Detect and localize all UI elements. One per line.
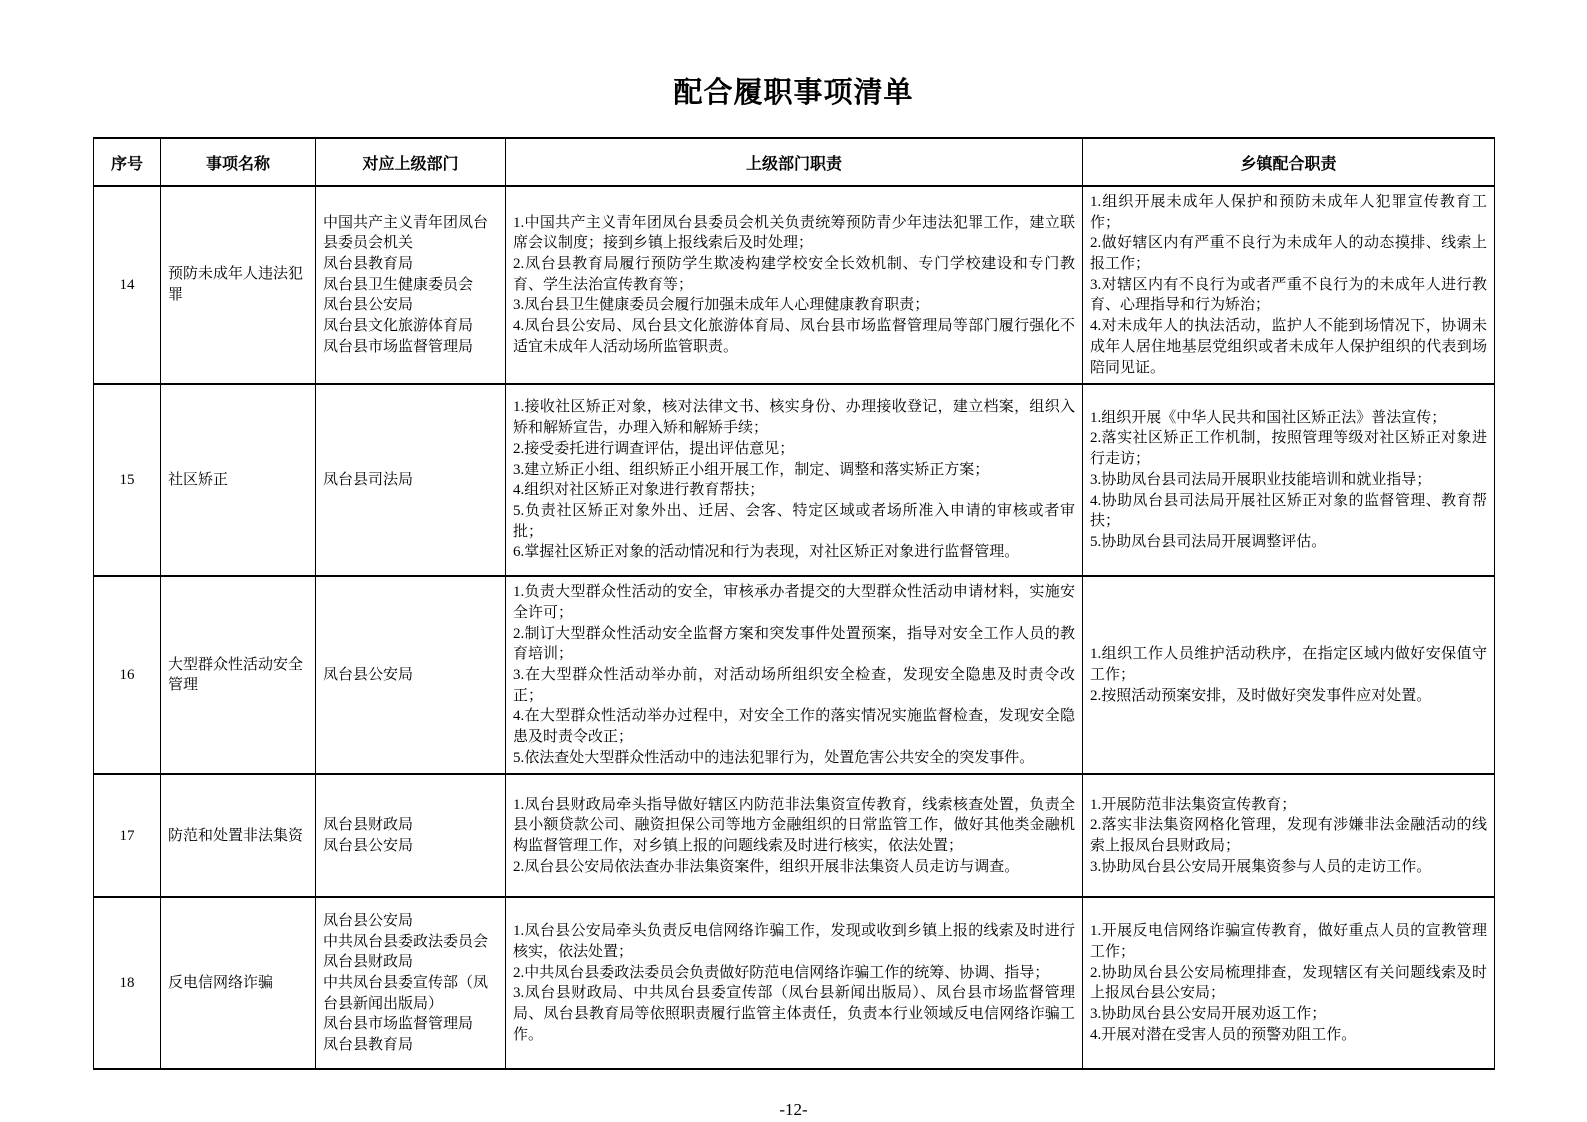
cell-township-duties: 1.开展反电信网络诈骗宣传教育，做好重点人员的宣教管理工作；2.协助凤台县公安局… (1083, 897, 1495, 1069)
superior-duty-line: 3.建立矫正小组、组织矫正小组开展工作，制定、调整和落实矫正方案； (513, 460, 1075, 481)
superior-duty-line: 1.凤台县公安局牵头负责反电信网络诈骗工作，发现或收到乡镇上报的线索及时进行核实… (513, 921, 1075, 962)
cell-superior-duties: 1.负责大型群众性活动的安全，审核承办者提交的大型群众性活动申请材料，实施安全许… (506, 576, 1083, 774)
township-duty-line: 2.按照活动预案安排，及时做好突发事件应对处置。 (1090, 686, 1487, 707)
township-duty-line: 1.开展防范非法集资宣传教育； (1090, 795, 1487, 816)
superior-duty-line: 6.掌握社区矫正对象的活动情况和行为表现，对社区矫正对象进行监督管理。 (513, 542, 1075, 563)
township-duty-line: 4.开展对潜在受害人员的预警劝阻工作。 (1090, 1025, 1487, 1046)
cell-serial-number: 15 (94, 384, 161, 576)
page-number: -12- (93, 1100, 1494, 1120)
department-line: 中国共产主义青年团凤台县委员会机关 (323, 213, 498, 254)
cell-superior-departments: 凤台县司法局 (316, 384, 506, 576)
cell-superior-departments: 中国共产主义青年团凤台县委员会机关凤台县教育局凤台县卫生健康委员会凤台县公安局凤… (316, 186, 506, 384)
department-line: 凤台县市场监督管理局 (323, 337, 498, 358)
township-duty-line: 5.协助凤台县司法局开展调整评估。 (1090, 532, 1487, 553)
superior-duty-line: 3.凤台县卫生健康委员会履行加强未成年人心理健康教育职责； (513, 295, 1075, 316)
cell-township-duties: 1.组织工作人员维护活动秩序，在指定区域内做好安保值守工作；2.按照活动预案安排… (1083, 576, 1495, 774)
superior-duty-line: 4.组织对社区矫正对象进行教育帮扶； (513, 480, 1075, 501)
table-header-row: 序号 事项名称 对应上级部门 上级部门职责 乡镇配合职责 (94, 138, 1495, 186)
superior-duty-line: 2.制订大型群众性活动安全监督方案和突发事件处置预案，指导对安全工作人员的教育培… (513, 624, 1075, 665)
duty-table: 序号 事项名称 对应上级部门 上级部门职责 乡镇配合职责 14预防未成年人违法犯… (93, 137, 1495, 1070)
header-superior-department: 对应上级部门 (316, 138, 506, 186)
header-township-duties: 乡镇配合职责 (1083, 138, 1495, 186)
township-duty-line: 3.协助凤台县公安局开展劝返工作； (1090, 1004, 1487, 1025)
department-line: 凤台县司法局 (323, 470, 498, 491)
township-duty-line: 2.做好辖区内有严重不良行为未成年人的动态摸排、线索上报工作； (1090, 233, 1487, 274)
table-row: 17防范和处置非法集资凤台县财政局凤台县公安局1.凤台县财政局牵头指导做好辖区内… (94, 774, 1495, 897)
table-row: 16大型群众性活动安全管理凤台县公安局1.负责大型群众性活动的安全，审核承办者提… (94, 576, 1495, 774)
duty-table-body: 14预防未成年人违法犯罪中国共产主义青年团凤台县委员会机关凤台县教育局凤台县卫生… (94, 186, 1495, 1069)
cell-superior-duties: 1.凤台县公安局牵头负责反电信网络诈骗工作，发现或收到乡镇上报的线索及时进行核实… (506, 897, 1083, 1069)
superior-duty-line: 3.在大型群众性活动举办前，对活动场所组织安全检查，发现安全隐患及时责令改正； (513, 665, 1075, 706)
document-page: 配合履职事项清单 序号 事项名称 对应上级部门 上级部门职责 乡镇配合职责 14… (0, 0, 1587, 1122)
table-row: 18反电信网络诈骗凤台县公安局中共凤台县委政法委员会凤台县财政局中共凤台县委宣传… (94, 897, 1495, 1069)
superior-duty-line: 1.中国共产主义青年团凤台县委员会机关负责统筹预防青少年违法犯罪工作，建立联席会… (513, 213, 1075, 254)
cell-item-name: 反电信网络诈骗 (161, 897, 316, 1069)
department-line: 凤台县公安局 (323, 911, 498, 932)
department-line: 凤台县公安局 (323, 665, 498, 686)
cell-township-duties: 1.组织开展《中华人民共和国社区矫正法》普法宣传；2.落实社区矫正工作机制，按照… (1083, 384, 1495, 576)
cell-superior-duties: 1.接收社区矫正对象，核对法律文书、核实身份、办理接收登记，建立档案，组织入矫和… (506, 384, 1083, 576)
township-duty-line: 3.协助凤台县公安局开展集资参与人员的走访工作。 (1090, 857, 1487, 878)
township-duty-line: 1.组织工作人员维护活动秩序，在指定区域内做好安保值守工作； (1090, 644, 1487, 685)
cell-superior-departments: 凤台县财政局凤台县公安局 (316, 774, 506, 897)
superior-duty-line: 1.负责大型群众性活动的安全，审核承办者提交的大型群众性活动申请材料，实施安全许… (513, 582, 1075, 623)
department-line: 凤台县公安局 (323, 836, 498, 857)
department-line: 凤台县文化旅游体育局 (323, 316, 498, 337)
township-duty-line: 3.协助凤台县司法局开展职业技能培训和就业指导； (1090, 470, 1487, 491)
township-duty-line: 2.落实社区矫正工作机制，按照管理等级对社区矫正对象进行走访； (1090, 428, 1487, 469)
superior-duty-line: 2.接受委托进行调查评估，提出评估意见； (513, 439, 1075, 460)
township-duty-line: 1.组织开展《中华人民共和国社区矫正法》普法宣传； (1090, 408, 1487, 429)
township-duty-line: 4.对未成年人的执法活动，监护人不能到场情况下，协调未成年人居住地基层党组织或者… (1090, 316, 1487, 378)
township-duty-line: 1.开展反电信网络诈骗宣传教育，做好重点人员的宣教管理工作； (1090, 921, 1487, 962)
cell-item-name: 大型群众性活动安全管理 (161, 576, 316, 774)
superior-duty-line: 5.负责社区矫正对象外出、迁居、会客、特定区域或者场所准入申请的审核或者审批； (513, 501, 1075, 542)
cell-item-name: 预防未成年人违法犯罪 (161, 186, 316, 384)
cell-serial-number: 14 (94, 186, 161, 384)
township-duty-line: 1.组织开展未成年人保护和预防未成年人犯罪宣传教育工作； (1090, 192, 1487, 233)
header-item-name: 事项名称 (161, 138, 316, 186)
cell-superior-duties: 1.中国共产主义青年团凤台县委员会机关负责统筹预防青少年违法犯罪工作，建立联席会… (506, 186, 1083, 384)
department-line: 中共凤台县委宣传部（凤台县新闻出版局） (323, 973, 498, 1014)
superior-duty-line: 2.凤台县公安局依法查办非法集资案件，组织开展非法集资人员走访与调查。 (513, 857, 1075, 878)
department-line: 凤台县财政局 (323, 952, 498, 973)
township-duty-line: 2.协助凤台县公安局梳理排查，发现辖区有关问题线索及时上报凤台县公安局； (1090, 963, 1487, 1004)
header-superior-duties: 上级部门职责 (506, 138, 1083, 186)
cell-superior-departments: 凤台县公安局中共凤台县委政法委员会凤台县财政局中共凤台县委宣传部（凤台县新闻出版… (316, 897, 506, 1069)
department-line: 凤台县卫生健康委员会 (323, 275, 498, 296)
cell-township-duties: 1.组织开展未成年人保护和预防未成年人犯罪宣传教育工作；2.做好辖区内有严重不良… (1083, 186, 1495, 384)
cell-superior-duties: 1.凤台县财政局牵头指导做好辖区内防范非法集资宣传教育，线索核查处置，负责全县小… (506, 774, 1083, 897)
cell-township-duties: 1.开展防范非法集资宣传教育；2.落实非法集资网格化管理，发现有涉嫌非法金融活动… (1083, 774, 1495, 897)
department-line: 凤台县教育局 (323, 1035, 498, 1056)
department-line: 凤台县市场监督管理局 (323, 1014, 498, 1035)
department-line: 凤台县公安局 (323, 295, 498, 316)
table-row: 14预防未成年人违法犯罪中国共产主义青年团凤台县委员会机关凤台县教育局凤台县卫生… (94, 186, 1495, 384)
superior-duty-line: 5.依法查处大型群众性活动中的违法犯罪行为，处置危害公共安全的突发事件。 (513, 748, 1075, 769)
township-duty-line: 4.协助凤台县司法局开展社区矫正对象的监督管理、教育帮扶； (1090, 491, 1487, 532)
cell-serial-number: 17 (94, 774, 161, 897)
page-title: 配合履职事项清单 (93, 70, 1494, 111)
superior-duty-line: 4.凤台县公安局、凤台县文化旅游体育局、凤台县市场监督管理局等部门履行强化不适宜… (513, 316, 1075, 357)
superior-duty-line: 3.凤台县财政局、中共凤台县委宣传部（凤台县新闻出版局）、凤台县市场监督管理局、… (513, 983, 1075, 1045)
township-duty-line: 2.落实非法集资网格化管理，发现有涉嫌非法金融活动的线索上报凤台县财政局； (1090, 815, 1487, 856)
cell-item-name: 社区矫正 (161, 384, 316, 576)
cell-serial-number: 18 (94, 897, 161, 1069)
superior-duty-line: 2.中共凤台县委政法委员会负责做好防范电信网络诈骗工作的统筹、协调、指导； (513, 963, 1075, 984)
table-row: 15社区矫正凤台县司法局1.接收社区矫正对象，核对法律文书、核实身份、办理接收登… (94, 384, 1495, 576)
superior-duty-line: 1.凤台县财政局牵头指导做好辖区内防范非法集资宣传教育，线索核查处置，负责全县小… (513, 795, 1075, 857)
header-serial-number: 序号 (94, 138, 161, 186)
township-duty-line: 3.对辖区内有不良行为或者严重不良行为的未成年人进行教育、心理指导和行为矫治； (1090, 275, 1487, 316)
cell-item-name: 防范和处置非法集资 (161, 774, 316, 897)
superior-duty-line: 2.凤台县教育局履行预防学生欺凌构建学校安全长效机制、专门学校建设和专门教育、学… (513, 254, 1075, 295)
department-line: 中共凤台县委政法委员会 (323, 932, 498, 953)
department-line: 凤台县教育局 (323, 254, 498, 275)
superior-duty-line: 4.在大型群众性活动举办过程中，对安全工作的落实情况实施监督检查，发现安全隐患及… (513, 706, 1075, 747)
superior-duty-line: 1.接收社区矫正对象，核对法律文书、核实身份、办理接收登记，建立档案，组织入矫和… (513, 397, 1075, 438)
cell-superior-departments: 凤台县公安局 (316, 576, 506, 774)
cell-serial-number: 16 (94, 576, 161, 774)
department-line: 凤台县财政局 (323, 815, 498, 836)
